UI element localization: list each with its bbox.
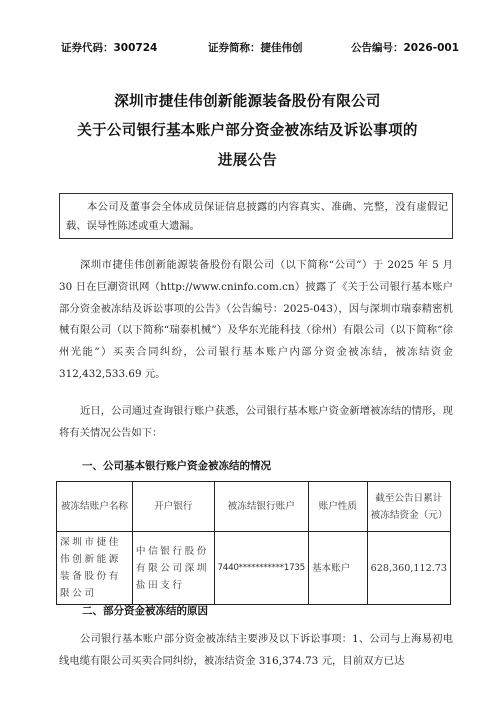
disclaimer-text: 本公司及董事会全体成员保证信息披露的内容真实、准确、完整，没有虚假记载、误导性陈… bbox=[66, 198, 448, 236]
th-frozen-amount: 截至公告日累计被冻结资金（元） bbox=[367, 482, 450, 532]
title-subject: 关于公司银行基本账户部分资金被冻结及诉讼事项的 bbox=[0, 119, 495, 140]
document-header: 证券代码：300724 证券简称：捷佳伟创 公告编号：2026-001 bbox=[0, 40, 495, 56]
frozen-account-table: 被冻结账户名称 开户银行 被冻结银行账户 账户性质 截至公告日累计被冻结资金（元… bbox=[56, 481, 451, 605]
th-account-type: 账户性质 bbox=[308, 482, 367, 532]
th-account-number: 被冻结银行账户 bbox=[214, 482, 308, 532]
paragraph-background: 深圳市捷佳伟创新能源装备股份有限公司（以下简称“公司”）于 2025 年 5 月… bbox=[59, 255, 453, 386]
th-bank: 开户银行 bbox=[132, 482, 214, 532]
td-account-type: 基本账户 bbox=[308, 532, 367, 605]
table-row: 深圳市捷佳伟创新能源装备股份有限公司 中信银行股份有限公司深圳盐田支行 7440… bbox=[57, 532, 451, 605]
th-account-name: 被冻结账户名称 bbox=[57, 482, 133, 532]
title-type: 进展公告 bbox=[0, 149, 495, 170]
title-company: 深圳市捷佳伟创新能源装备股份有限公司 bbox=[0, 90, 495, 111]
announcement-no-value: 2026-001 bbox=[404, 42, 460, 54]
security-abbreviation: 证券简称：捷佳伟创 bbox=[208, 40, 303, 55]
security-code-value: 300724 bbox=[114, 42, 158, 54]
security-abbr-label: 证券简称： bbox=[208, 42, 261, 54]
section-heading-freeze-status: 一、公司基本银行账户资金被冻结的情况 bbox=[82, 458, 271, 473]
announcement-number: 公告编号：2026-001 bbox=[351, 40, 459, 55]
disclaimer-box: 本公司及董事会全体成员保证信息披露的内容真实、准确、完整，没有虚假记载、误导性陈… bbox=[59, 193, 453, 239]
security-code: 证券代码：300724 bbox=[61, 40, 157, 55]
td-frozen-amount: 628,360,112.73 bbox=[367, 532, 450, 605]
td-account-number: 7440***********1735 bbox=[214, 532, 308, 605]
announcement-no-label: 公告编号： bbox=[351, 42, 404, 54]
td-account-name: 深圳市捷佳伟创新能源装备股份有限公司 bbox=[57, 532, 133, 605]
td-bank: 中信银行股份有限公司深圳盐田支行 bbox=[132, 532, 214, 605]
paragraph-reason: 公司银行基本账户部分资金被冻结主要涉及以下诉讼事项：1、公司与上海易初电线电缆有… bbox=[59, 629, 453, 673]
table-header-row: 被冻结账户名称 开户银行 被冻结银行账户 账户性质 截至公告日累计被冻结资金（元… bbox=[57, 482, 451, 532]
section-heading-freeze-reason: 二、部分资金被冻结的原因 bbox=[82, 603, 208, 618]
paragraph-recent: 近日，公司通过查询银行账户获悉，公司银行基本账户资金新增被冻结的情形，现将有关情… bbox=[59, 401, 453, 445]
security-abbr-value: 捷佳伟创 bbox=[261, 42, 303, 54]
security-code-label: 证券代码： bbox=[61, 42, 114, 54]
